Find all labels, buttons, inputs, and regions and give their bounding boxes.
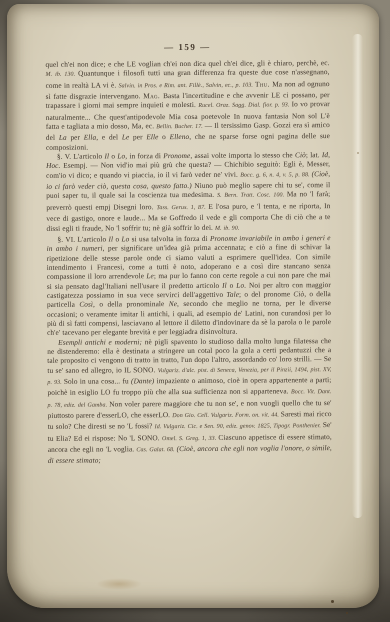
- text-segment: Thu.: [255, 79, 272, 88]
- text-segment: ; o del pronome: [239, 289, 293, 298]
- page-number: — 159 —: [164, 42, 211, 52]
- text-segment: Don Gio. Cell. Vulgariz. Form. on. vit. …: [172, 412, 281, 419]
- text-segment: Rucel. Oraz. Sagg. Dial. fior. p. 93.: [198, 103, 291, 110]
- paragraph: §. VI. L'articolo Il o Lo si usa talvolt…: [47, 233, 332, 338]
- text-segment: o: [113, 234, 121, 243]
- paper-speck: [357, 152, 359, 154]
- text-segment: , assai volte importa lo stesso che: [190, 150, 295, 160]
- text-segment: ; lat.: [306, 150, 322, 159]
- text-segment: Elle: [146, 133, 158, 142]
- text-segment: Esempli antichi e moderni;: [58, 337, 142, 347]
- text-segment: La: [59, 133, 67, 142]
- text-segment: Bellin. Bucher. 17.: [156, 124, 204, 130]
- text-segment: , e del: [96, 133, 122, 142]
- text-segment: Solo in una cosa... fu: [64, 376, 131, 385]
- paragraph: §. V. L'articolo Il o Lo, in forza di Pr…: [46, 150, 331, 234]
- page-curl-highlight: [352, 34, 363, 518]
- text-segment: , o della pronominale: [93, 299, 169, 308]
- text-segment: Lo: [121, 234, 129, 243]
- text-segment: Mag.: [143, 91, 163, 100]
- text-segment: Omel. S. Greg. 1, 33.: [162, 436, 218, 442]
- text-segment: Tale: [226, 290, 239, 299]
- text-segment: §. VI. L'articolo: [58, 234, 109, 243]
- text-segment: Id. Vulgariz. Cic. e Sen. 90, ediz. geno…: [155, 424, 323, 431]
- text-segment: per: [129, 133, 146, 142]
- text-segment: §. V. L'articolo: [57, 152, 105, 161]
- text-segment: M. ib. 90.: [215, 225, 239, 231]
- text-segment: Ciò: [295, 150, 306, 159]
- paragraph: quel ch'ei non dice; e che LE voglian ch…: [45, 58, 330, 152]
- text-segment: Salvin. in Pros. e Rim. ant. Fillè., Sal…: [119, 82, 255, 89]
- paragraph: Esempli antichi e moderni; nè pigli spav…: [47, 336, 332, 466]
- paper-stain: [96, 578, 142, 590]
- page-content: — 159 — quel ch'ei non dice; e che LE vo…: [45, 41, 332, 589]
- text-segment: si usa talvolta in forza di: [129, 234, 210, 243]
- text-segment: S. Bern. Tratt. Cosc. 100.: [217, 193, 287, 199]
- text-segment: Ne: [169, 299, 177, 308]
- text-segment: per: [67, 133, 84, 142]
- text-segment: Cas. Galat. 68.: [136, 447, 176, 453]
- text-segment: Pronome: [163, 151, 190, 160]
- paper-speck: [331, 600, 334, 603]
- scanned-book-page: — 159 — quel ch'ei non dice; e che LE vo…: [0, 0, 390, 622]
- text-segment: Così: [79, 300, 93, 309]
- text-segment: Ciò: [293, 289, 304, 298]
- text-segment: Elleno: [170, 132, 190, 141]
- page-header: — 159 —: [45, 41, 329, 53]
- text-segment: Ella: [84, 133, 97, 142]
- text-segment: Tass. Gerus. 1, 87.: [156, 205, 208, 211]
- text-segment: M. ib. 130.: [46, 72, 79, 78]
- text-segment: (Dante): [131, 376, 154, 385]
- text-block: quel ch'ei non dice; e che LE voglian ch…: [45, 58, 331, 465]
- text-segment: Bocc. g. 6, n. 4, v. 5, p. 88.: [240, 172, 311, 178]
- paper-sheet: — 159 — quel ch'ei non dice; e che LE vo…: [7, 4, 379, 608]
- text-segment: o: [158, 133, 169, 142]
- text-segment: , in forza di: [125, 151, 163, 160]
- paper-speck: [346, 612, 348, 614]
